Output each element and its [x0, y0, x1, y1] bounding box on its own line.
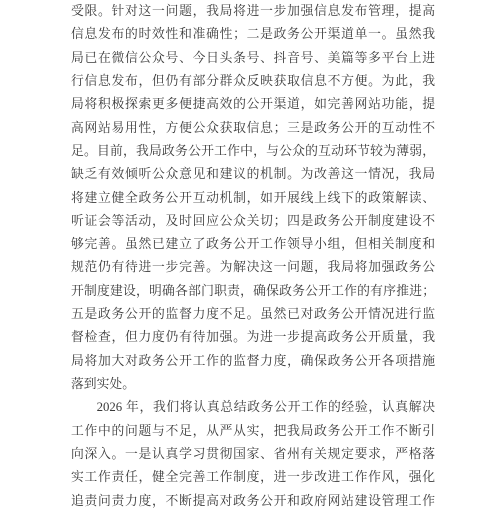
text-line: 开制度建设，明确各部门职责，确保政务公开工作的有序推进；	[71, 280, 435, 303]
text-line: 局已在微信公众号、今日头条号、抖音号、美篇等多平台上进	[71, 47, 435, 70]
text-line: 工作中的问题与不足，从严从实，把我局政务公开工作不断引	[71, 420, 435, 443]
text-line: 追责问责力度，不断提高对政务公开和政府网站建设管理工作	[71, 490, 435, 513]
text-line: 高网站易用性，方便公众获取信息；三是政务公开的互动性不	[71, 117, 435, 140]
text-line: 实工作责任，健全完善工作制度，进一步改进工作作风，强化	[71, 466, 435, 489]
text-line: 局将积极探索更多便捷高效的公开渠道，如完善网站功能，提	[71, 93, 435, 116]
document-text-block: 受限。针对这一问题，我局将进一步加强信息发布管理，提高 信息发布的时效性和准确性…	[71, 0, 435, 513]
text-line: 听证会等活动，及时回应公众关切；四是政务公开制度建设不	[71, 210, 435, 233]
text-line: 五是政务公开的监督力度不足。虽然已对政务公开情况进行监	[71, 303, 435, 326]
text-line: 局将加大对政务公开工作的监督力度，确保政务公开各项措施	[71, 350, 435, 373]
text-line-paragraph-start: 2026 年，我们将认真总结政务公开工作的经验，认真解决	[71, 396, 435, 419]
text-line: 向深入。一是认真学习贯彻国家、省州有关规定要求，严格落	[71, 443, 435, 466]
text-line: 足。目前，我局政务公开工作中，与公众的互动环节较为薄弱，	[71, 140, 435, 163]
text-line: 行信息发布，但仍有部分群众反映获取信息不方便。为此，我	[71, 70, 435, 93]
text-line: 受限。针对这一问题，我局将进一步加强信息发布管理，提高	[71, 0, 435, 23]
text-line: 缺乏有效倾听公众意见和建议的机制。为改善这一情况，我局	[71, 163, 435, 186]
text-line: 督检查，但力度仍有待加强。为进一步提高政务公开质量，我	[71, 326, 435, 349]
text-line: 规范仍有待进一步完善。为解决这一问题，我局将加强政务公	[71, 256, 435, 279]
text-line: 信息发布的时效性和准确性；二是政务公开渠道单一。虽然我	[71, 23, 435, 46]
text-line-paragraph-end: 落到实处。	[71, 373, 435, 396]
text-line: 将建立健全政务公开互动机制，如开展线上线下的政策解读、	[71, 187, 435, 210]
text-line: 够完善。虽然已建立了政务公开工作领导小组，但相关制度和	[71, 233, 435, 256]
document-page: 受限。针对这一问题，我局将进一步加强信息发布管理，提高 信息发布的时效性和准确性…	[0, 0, 500, 513]
